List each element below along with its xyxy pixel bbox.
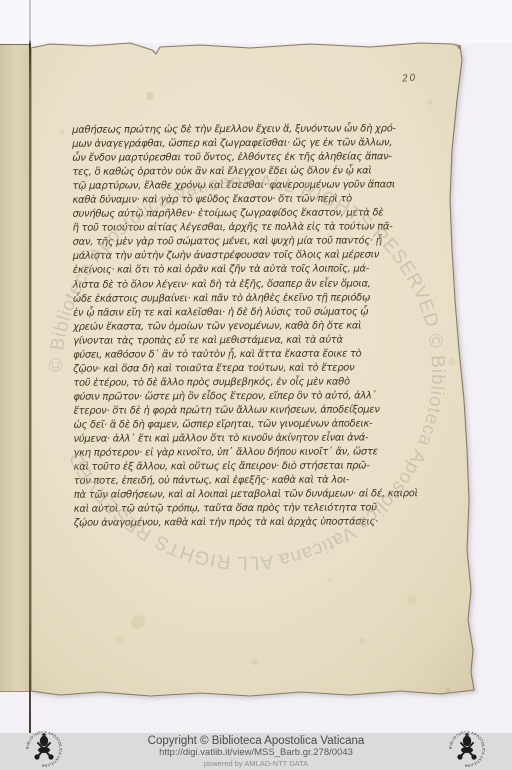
manuscript-line: τον ποτε, ἐπειδή, οὐ πάντως, καὶ ἐφεξῆς·… [74, 473, 406, 488]
manuscript-line: ὧδε ἑκάστοις συμβαίνει· καὶ πᾶν τὸ ἀληθὲ… [73, 291, 405, 306]
footer-bar: Copyright © Biblioteca Apostolica Vatica… [0, 733, 512, 770]
footer-powered-by: powered by AMLAD-NTT DATA [204, 760, 308, 769]
manuscript-line: πὰ τῶν αἰσθήσεων, καὶ αἱ λοιπαὶ μεταβολα… [74, 487, 406, 502]
manuscript-line: φύσει, καθόσον δ᾽ ἂν τὸ ταὐτὸν ᾖ, καὶ ἅτ… [73, 347, 405, 362]
manuscript-line: καθὰ δύναμιν· καὶ γὰρ τὸ ψεῦδος ἕκαστον·… [72, 193, 404, 208]
manuscript-line: γίνονται τὰς τροπὰς εὖ τε καὶ μεθιστάμεν… [73, 333, 405, 348]
manuscript-line: τοῦ ἑτέρου, τὸ δὲ ἄλλο πρὸς συμβεβηκός, … [73, 375, 405, 390]
vatican-library-seal-icon: BIBLIOTHECA APOSTOLICA VATICANA [446, 728, 488, 770]
binding-fold-line [29, 0, 31, 733]
manuscript-line: νύμενα· ἀλλ᾽ ἔτι καὶ μᾶλλον ὅτι τὸ κινοῦ… [73, 431, 405, 446]
folio-number: 20 [402, 72, 418, 84]
manuscript-line: ἢ τοῦ τοιούτου αἰτίας λέγεσθαι, ἀρχῆς τε… [73, 221, 405, 236]
manuscript-line: ζῴου ἀναγομένου, καθὰ καὶ τὴν πρὸς τὰ κα… [74, 516, 406, 531]
footer-copyright: Copyright © Biblioteca Apostolica Vatica… [148, 735, 365, 747]
manuscript-line: γκη πρότερον· εἰ γὰρ κινοῖτο, ὑπ᾽ ἄλλου … [74, 445, 406, 460]
handwritten-text-block: μαθήσεως πρώτης ὡς δὲ τὴν ἔμελλον ἔχειν … [72, 122, 406, 531]
manuscript-line: ὧν ἔνδον μαρτύρεσθαι τοῦ ὄντος, ἐλθόντες… [72, 150, 404, 165]
manuscript-line: λιστα δὲ τὸ ὅλον λέγειν· καὶ δὴ τὰ ἑξῆς,… [73, 277, 405, 292]
manuscript-line: μάλιστα τὴν αὐτὴν ζωὴν ἀναστρέφουσαν τοῖ… [73, 249, 405, 264]
manuscript-line: χρεών ἕκαστα, τῶν ὁμοίων τῶν γενομένων, … [73, 319, 405, 334]
manuscript-line: ἐκείνοις· καὶ ὅτι τὸ καὶ ὁρᾶν καὶ ζῆν τὰ… [73, 263, 405, 278]
manuscript-line: τες, ὃ καθὼς ὁρατὸν οὐκ ἂν καὶ ἔλεγχον ἔ… [72, 164, 404, 179]
papal-tiara-icon [34, 733, 53, 760]
manuscript-line: τῷ μαρτύρων, ἔλαθε χρόνῳ καὶ ἔσεσθαι· φα… [72, 178, 404, 193]
manuscript-line: καὶ τοῦτο ἐξ ἄλλου, καὶ οὕτως εἰς ἄπειρο… [74, 459, 406, 474]
manuscript-line: ἕτερον· ὅτι δὲ ἡ φορὰ πρώτη τῶν ἄλλων κι… [73, 403, 405, 418]
papal-tiara-icon [457, 733, 476, 760]
manuscript-line: ἐν ᾧ πᾶσιν εἴη τε καὶ καλεῖσθαι· ἡ δὲ δὴ… [73, 305, 405, 320]
manuscript-line: μων ἀναγεγράφθαι, ὥσπερ καὶ ζωγραφεῖσθαι… [72, 136, 404, 151]
manuscript-line: ζῷον· καὶ ὅσα δὴ καὶ τοιαῦτα ἕτερα τούτω… [73, 361, 405, 376]
manuscript-line: συνήθως αὐτῷ παρῆλθεν· ἑτοίμως ζωγραφίδο… [72, 207, 404, 222]
manuscript-line: ὡς δεῖ· ἃ δὲ δὴ φαμεν, ὥσπερ εἴρηται, τῶ… [73, 417, 405, 432]
footer-url: http://digi.vatlib.it/view/MSS_Barb.gr.2… [159, 748, 353, 759]
manuscript-line: καὶ αὐτοὶ τῷ αὐτῷ τρόπῳ, ταῦτα ὅσα πρὸς … [74, 502, 406, 517]
manuscript-line: μαθήσεως πρώτης ὡς δὲ τὴν ἔμελλον ἔχειν … [72, 122, 404, 137]
manuscript-line: φύσιν πρῶτον· ὥστε μὴ ὂν εἶδος ἕτερον, ε… [73, 389, 405, 404]
vatican-library-seal-icon: BIBLIOTHECA APOSTOLICA VATICANA [23, 728, 65, 770]
manuscript-line: σαν, τῆς μὲν γὰρ τοῦ σώματος μένει, καὶ … [73, 235, 405, 250]
